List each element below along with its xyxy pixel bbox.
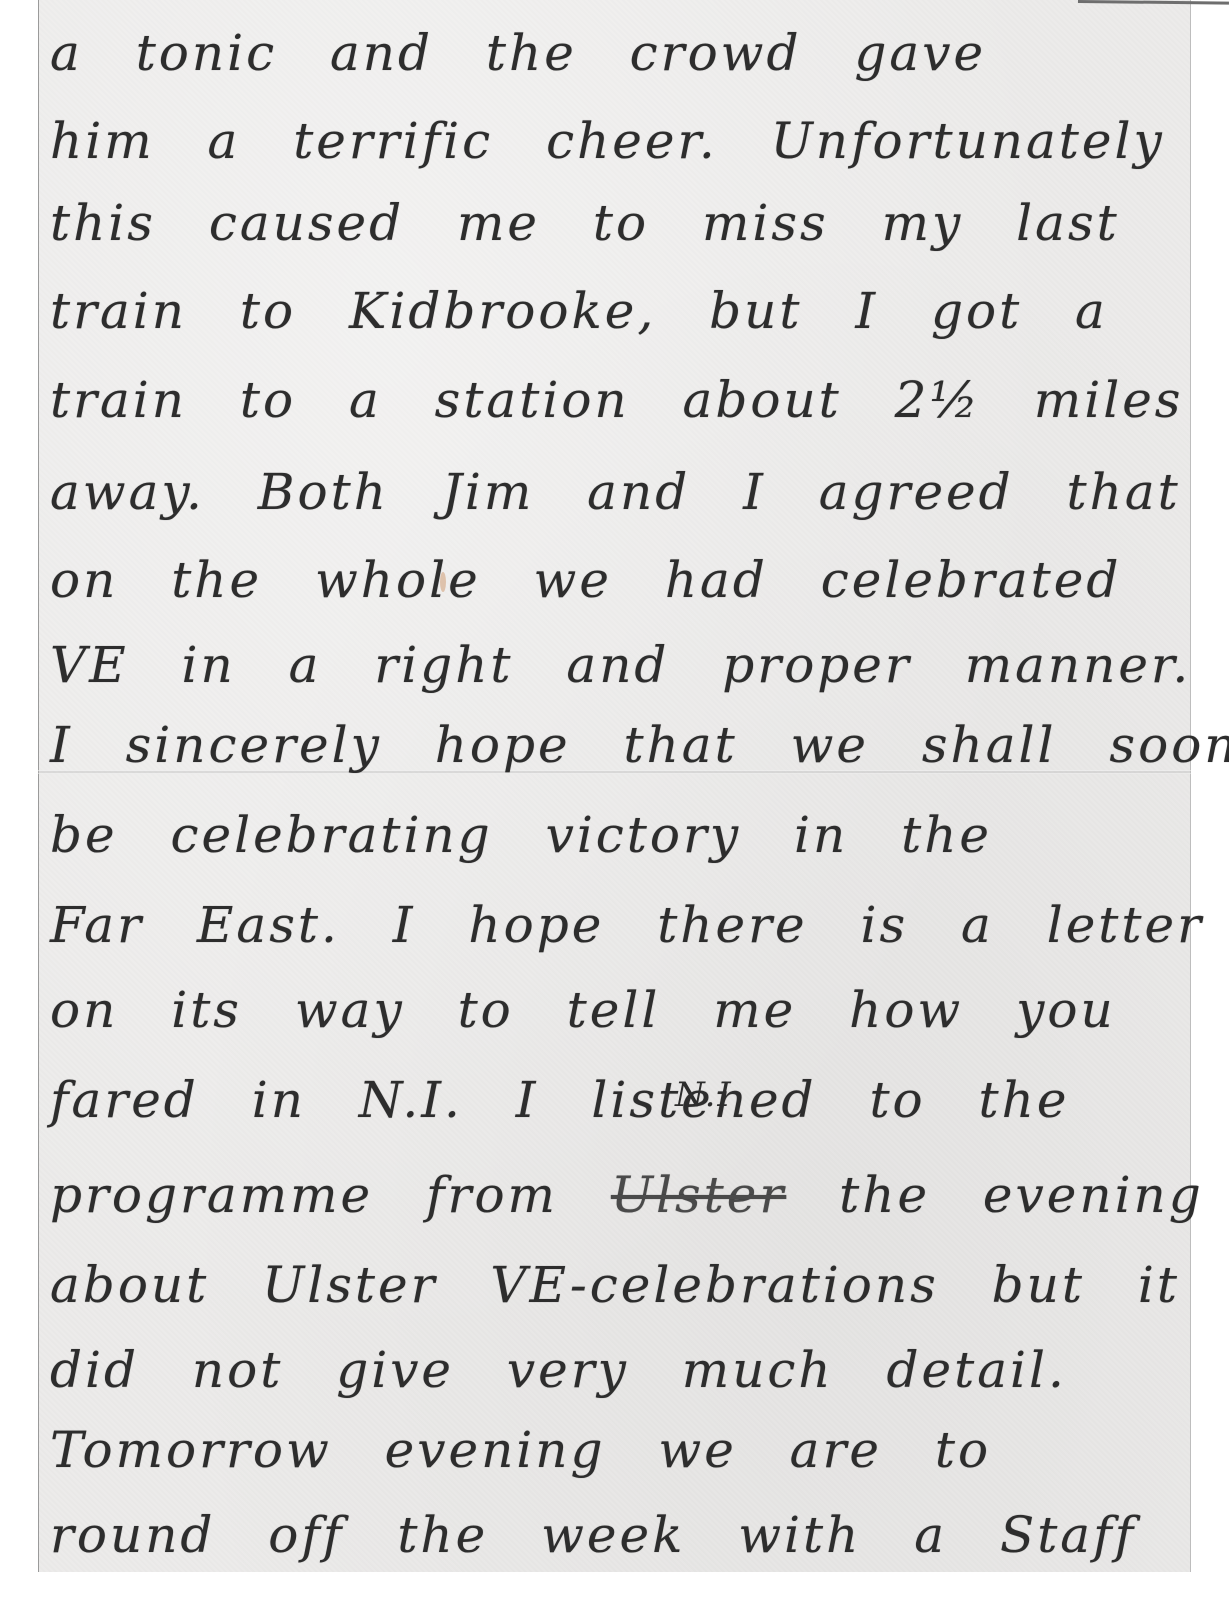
letter-line-6: away. Both Jim and I agreed that [50, 467, 1181, 517]
letter-line-3: this caused me to miss my last [50, 198, 1120, 248]
letter-line-2: him a terrific cheer. Unfortunately [50, 116, 1165, 166]
letter-line-14: programme from Ulster the evening [50, 1170, 1204, 1220]
letter-line-5: train to a station about 2½ miles [50, 375, 1183, 425]
letter-line-10: be celebrating victory in the [50, 810, 992, 860]
letter-line-8: VE in a right and proper manner. [50, 640, 1191, 690]
letter-line-11: Far East. I hope there is a letter [50, 900, 1204, 950]
letter-line-17: Tomorrow evening we are to [50, 1425, 991, 1475]
letter-line-13: fared in N.I. I listened to the [50, 1075, 1069, 1125]
inserted-correction: N.I. [675, 1075, 746, 1115]
letter-line-14-end: the evening [839, 1166, 1204, 1224]
struck-word: Ulster [611, 1166, 786, 1224]
letter-line-7: on the whole we had celebrated [50, 555, 1121, 605]
letter-line-4: train to Kidbrooke, but I got a [50, 286, 1108, 336]
letter-line-14-start: programme from [50, 1166, 558, 1224]
paper-top-edge [1078, 0, 1229, 5]
letter-line-16: did not give very much detail. [50, 1345, 1067, 1395]
letter-line-1: a tonic and the crowd gave [50, 28, 986, 78]
letter-line-18: round off the week with a Staff [50, 1510, 1136, 1560]
letter-line-12: on its way to tell me how you [50, 985, 1116, 1035]
letter-line-15: about Ulster VE-celebrations but it [50, 1260, 1180, 1310]
letter-line-9: I sincerely hope that we shall soon [50, 720, 1229, 770]
